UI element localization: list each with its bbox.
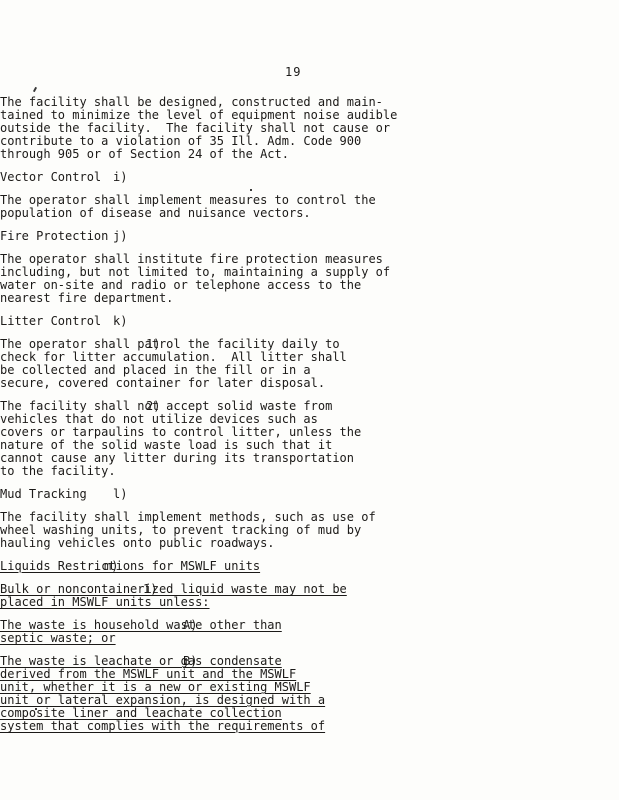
- section-heading-vector-control: i) Vector Control: [0, 171, 619, 184]
- section-body-mud-tracking: The facility shall implement methods, su…: [0, 511, 619, 550]
- sub-list-item-label: A): [183, 619, 197, 632]
- sub-list-item-body: The waste is household waste other than …: [0, 619, 619, 645]
- list-item-body: Bulk or noncontainerized liquid waste ma…: [0, 583, 619, 609]
- section-heading-fire-protection: j) Fire Protection: [0, 230, 619, 243]
- section-label: m): [104, 560, 118, 573]
- section-title: Vector Control: [0, 171, 619, 184]
- list-item-label: 1): [143, 583, 157, 596]
- intro-paragraph: The facility shall be designed, construc…: [0, 96, 619, 161]
- list-item-label: 1): [146, 338, 160, 351]
- section-label: k): [113, 315, 127, 328]
- section-paragraph: The operator shall implement measures to…: [0, 194, 619, 220]
- section-label: l): [113, 488, 127, 501]
- sub-list-item-label: B): [183, 655, 197, 668]
- list-item-body: The facility shall not accept solid wast…: [0, 400, 619, 478]
- list-item-label: 2): [146, 400, 160, 413]
- section-heading-liquids-restrictions: m) Liquids Restrictions for MSWLF units: [0, 560, 619, 573]
- scan-artifact-mark: [33, 87, 37, 92]
- section-heading-litter-control: k) Litter Control: [0, 315, 619, 328]
- list-item: 2) The facility shall not accept solid w…: [0, 400, 619, 478]
- section-label: j): [113, 230, 127, 243]
- section-title: Mud Tracking: [0, 488, 619, 501]
- sub-list-item-body: The waste is leachate or gas condensate …: [0, 655, 619, 733]
- section-title: Litter Control: [0, 315, 619, 328]
- intro-paragraph-block: The facility shall be designed, construc…: [0, 96, 619, 161]
- section-body-vector-control: The operator shall implement measures to…: [0, 194, 619, 220]
- section-title: Liquids Restrictions for MSWLF units: [0, 560, 619, 573]
- section-paragraph: The operator shall institute fire protec…: [0, 253, 619, 305]
- section-label: i): [113, 171, 127, 184]
- list-item: 1) Bulk or noncontainerized liquid waste…: [0, 583, 619, 609]
- page-number: 19: [285, 66, 301, 79]
- document-page: 19 The facility shall be designed, const…: [0, 0, 619, 800]
- section-title: Fire Protection: [0, 230, 619, 243]
- sub-list-item: B) The waste is leachate or gas condensa…: [0, 655, 619, 733]
- section-heading-mud-tracking: l) Mud Tracking: [0, 488, 619, 501]
- list-item-body: The operator shall patrol the facility d…: [0, 338, 619, 390]
- sub-list-item: A) The waste is household waste other th…: [0, 619, 619, 645]
- section-body-fire-protection: The operator shall institute fire protec…: [0, 253, 619, 305]
- page-content: The facility shall be designed, construc…: [0, 96, 619, 743]
- list-item: 1) The operator shall patrol the facilit…: [0, 338, 619, 390]
- section-paragraph: The facility shall implement methods, su…: [0, 511, 619, 550]
